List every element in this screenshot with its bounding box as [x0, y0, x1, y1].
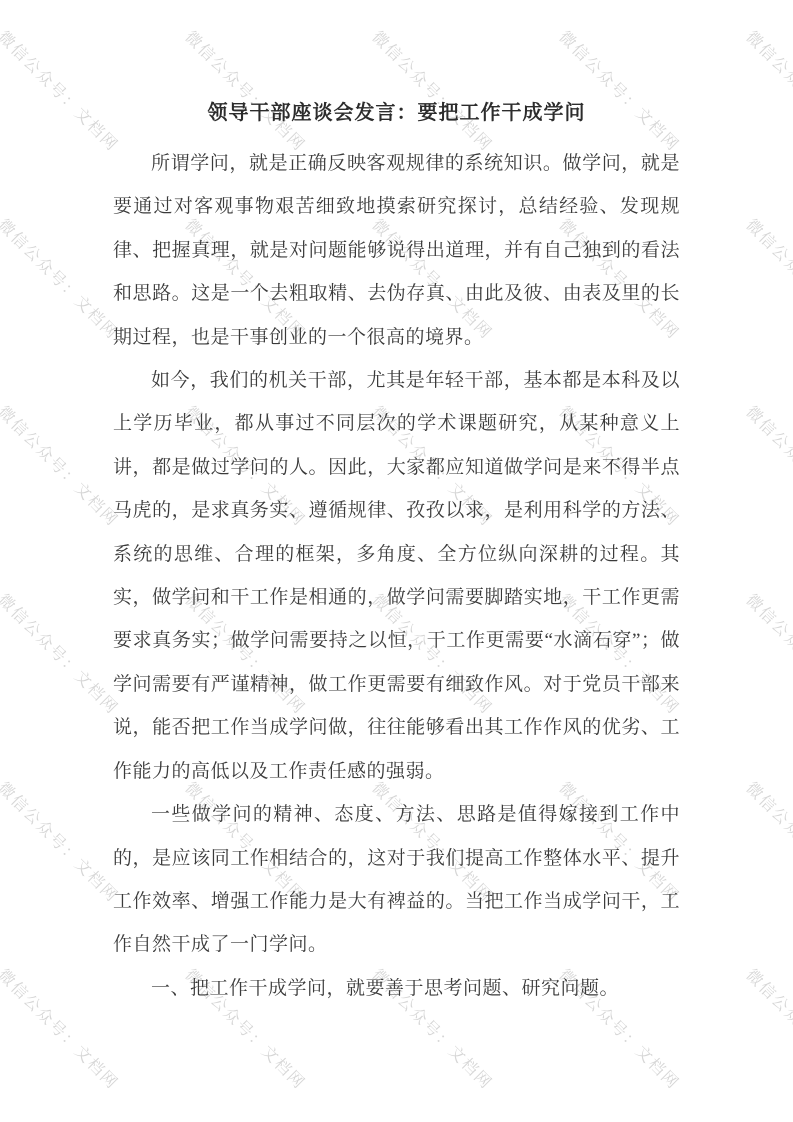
document-page: 微信公众号：文档网微信公众号：文档网微信公众号：文档网微信公众号：文档网微信公众… — [0, 0, 793, 1122]
document-title: 领导干部座谈会发言：要把工作干成学问 — [113, 98, 680, 128]
watermark-text: 微信公众号：文档网 — [0, 776, 125, 907]
watermark-text: 微信公众号：文档网 — [742, 25, 793, 156]
watermark-text: 微信公众号：文档网 — [742, 963, 793, 1094]
watermark-text: 微信公众号：文档网 — [0, 25, 125, 156]
watermark-text: 微信公众号：文档网 — [0, 213, 125, 344]
watermark-text: 微信公众号：文档网 — [742, 400, 793, 531]
document-content: 领导干部座谈会发言：要把工作干成学问 所谓学问，就是正确反映客观规律的系统知识。… — [113, 98, 680, 1010]
paragraph-container: 所谓学问，就是正确反映客观规律的系统知识。做学问，就是要通过对客观事物艰苦细致地… — [113, 142, 680, 1010]
watermark-text: 微信公众号：文档网 — [0, 963, 125, 1094]
watermark-text: 微信公众号：文档网 — [742, 776, 793, 907]
watermark-text: 微信公众号：文档网 — [742, 588, 793, 719]
paragraph: 所谓学问，就是正确反映客观规律的系统知识。做学问，就是要通过对客观事物艰苦细致地… — [113, 142, 680, 359]
paragraph: 一、把工作干成学问，就要善于思考问题、研究问题。 — [113, 967, 680, 1010]
watermark-text: 微信公众号：文档网 — [0, 400, 125, 531]
paragraph: 如今，我们的机关干部，尤其是年轻干部，基本都是本科及以上学历毕业，都从事过不同层… — [113, 359, 680, 793]
watermark-text: 微信公众号：文档网 — [742, 213, 793, 344]
watermark-text: 微信公众号：文档网 — [0, 588, 125, 719]
paragraph: 一些做学问的精神、态度、方法、思路是值得嫁接到工作中的，是应该同工作相结合的，这… — [113, 793, 680, 967]
